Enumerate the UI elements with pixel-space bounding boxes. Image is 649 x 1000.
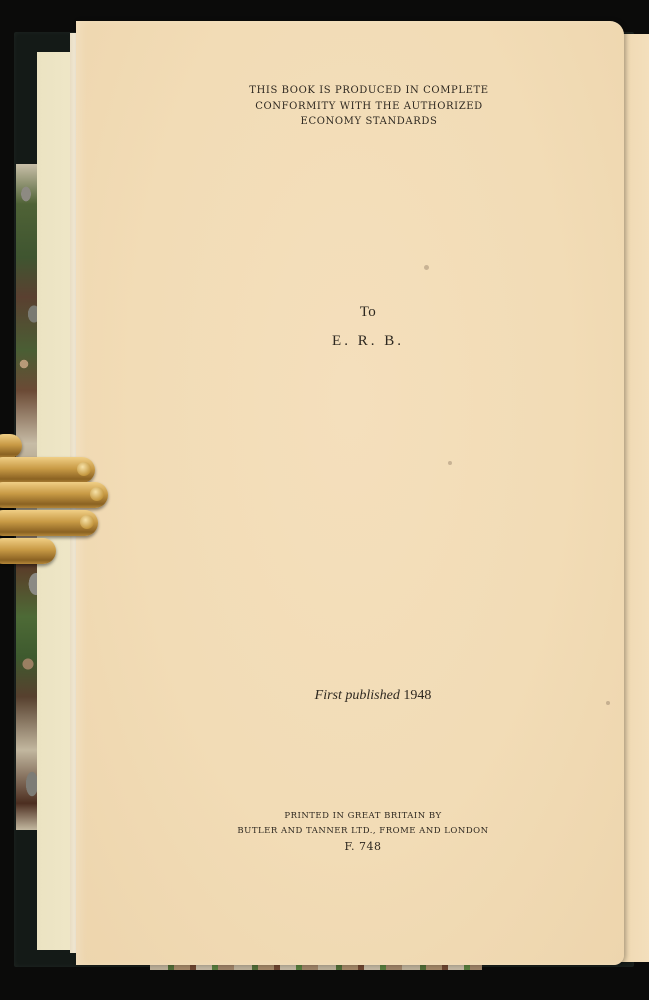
paper-speck [448, 461, 452, 465]
notice-line: THIS BOOK IS PRODUCED IN COMPLETE [114, 83, 624, 99]
notice-line: ECONOMY STANDARDS [114, 114, 624, 130]
dedication-name: E. R. B. [112, 333, 624, 350]
paper-speck [424, 265, 429, 270]
dedication-to: To [112, 304, 624, 321]
printer-line: PRINTED IN GREAT BRITAIN BY [102, 809, 624, 824]
publication-year: 1948 [403, 688, 431, 703]
paper-speck [606, 701, 610, 705]
printer-line: BUTLER AND TANNER LTD., FROME AND LONDON [102, 824, 624, 839]
notice-line: CONFORMITY WITH THE AUTHORIZED [114, 99, 624, 115]
hand-finger [0, 538, 56, 564]
imprint-page: THIS BOOK IS PRODUCED IN COMPLETE CONFOR… [76, 21, 624, 965]
printer-imprint: PRINTED IN GREAT BRITAIN BY BUTLER AND T… [76, 809, 624, 854]
hand-finger [0, 457, 95, 483]
printer-code: F. 748 [102, 839, 624, 854]
hand-finger [0, 482, 108, 508]
fingernail [80, 515, 94, 529]
publication-line: First published 1948 [122, 688, 624, 704]
facing-page-edge [620, 34, 649, 962]
fingernail [77, 462, 91, 476]
brass-hand-clip [0, 430, 112, 570]
hand-finger [0, 510, 98, 536]
economy-standards-notice: THIS BOOK IS PRODUCED IN COMPLETE CONFOR… [76, 83, 624, 130]
hand-thumb [0, 434, 22, 458]
first-published-label: First published [315, 688, 400, 703]
fingernail [90, 487, 104, 501]
book-photo: THIS BOOK IS PRODUCED IN COMPLETE CONFOR… [0, 0, 649, 1000]
